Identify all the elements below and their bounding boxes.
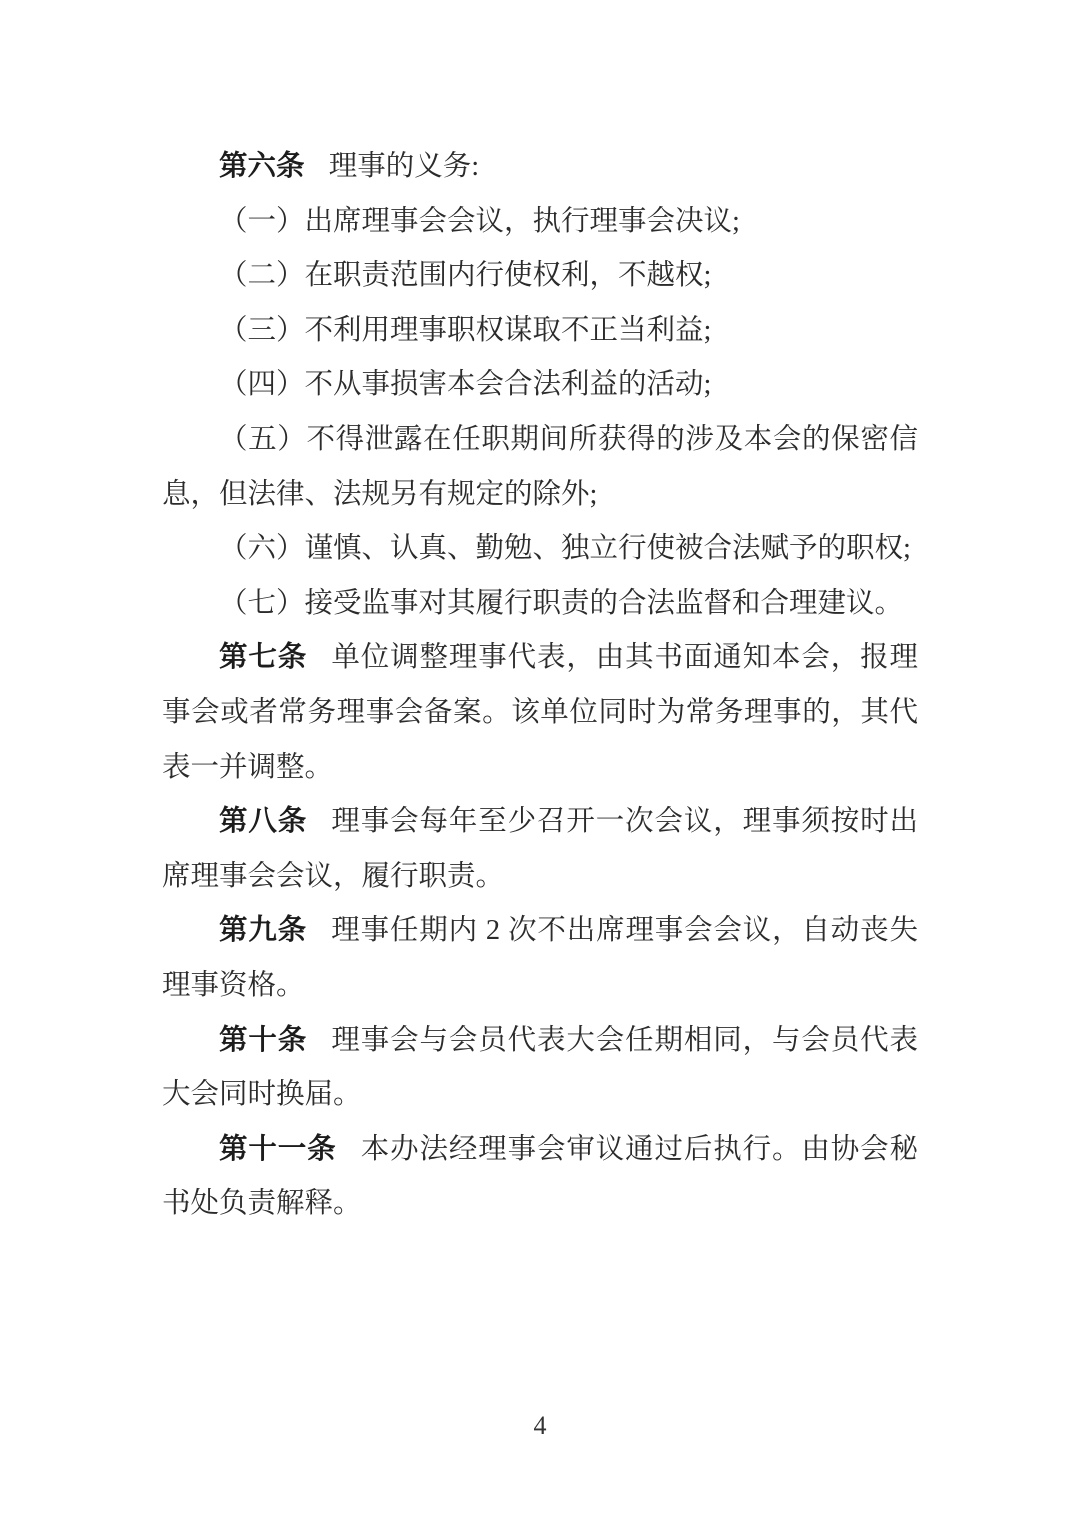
- line-text: 理事会每年至少召开一次会议，理事须按时出: [331, 806, 918, 837]
- text-line: 第十一条本办法经理事会审议通过后执行。由协会秘: [162, 1123, 918, 1178]
- text-line: （六）谨慎、认真、勤勉、独立行使被合法赋予的职权;: [162, 522, 918, 577]
- line-text: （五）不得泄露在任职期间所获得的涉及本会的保密信: [219, 424, 918, 455]
- document-page: 第六条理事的义务: （一）出席理事会会议，执行理事会决议; （二）在职责范围内行…: [0, 0, 1080, 1527]
- line-text: 理事会与会员代表大会任期相同，与会员代表: [331, 1025, 918, 1056]
- line-text: （四）不从事损害本会合法利益的活动;: [219, 369, 711, 400]
- line-text: 席理事会会议，履行职责。: [162, 861, 504, 892]
- line-text: 单位调整理事代表，由其书面通知本会，报理: [331, 642, 918, 673]
- text-line: 第十条理事会与会员代表大会任期相同，与会员代表: [162, 1014, 918, 1069]
- line-text: （三）不利用理事职权谋取不正当利益;: [219, 315, 711, 346]
- text-line: 大会同时换届。: [162, 1068, 918, 1123]
- text-line: （五）不得泄露在任职期间所获得的涉及本会的保密信: [162, 413, 918, 468]
- line-text: 表一并调整。: [162, 752, 333, 783]
- line-text: 理事资格。: [162, 970, 305, 1001]
- article-number: 第八条: [219, 806, 307, 837]
- article-number: 第九条: [219, 915, 307, 946]
- text-line: （一）出席理事会会议，执行理事会决议;: [162, 195, 918, 250]
- line-text: 事会或者常务理事会备案。该单位同时为常务理事的，其代: [162, 697, 918, 728]
- text-line: 第九条理事任期内 2 次不出席理事会会议，自动丧失: [162, 904, 918, 959]
- line-text: （六）谨慎、认真、勤勉、独立行使被合法赋予的职权;: [219, 533, 911, 564]
- article-number: 第六条: [219, 151, 305, 182]
- article-number: 第十一条: [219, 1134, 337, 1165]
- article-number: 第七条: [219, 642, 307, 673]
- text-line: 第八条理事会每年至少召开一次会议，理事须按时出: [162, 795, 918, 850]
- line-text: 理事任期内 2 次不出席理事会会议，自动丧失: [331, 915, 918, 946]
- line-text: （一）出席理事会会议，执行理事会决议;: [219, 206, 740, 237]
- article-number: 第十条: [219, 1025, 307, 1056]
- text-line: （三）不利用理事职权谋取不正当利益;: [162, 304, 918, 359]
- line-text: （七）接受监事对其履行职责的合法监督和合理建议。: [219, 588, 903, 619]
- text-line: 事会或者常务理事会备案。该单位同时为常务理事的，其代: [162, 686, 918, 741]
- line-text: 本办法经理事会审议通过后执行。由协会秘: [361, 1134, 918, 1165]
- document-body: 第六条理事的义务: （一）出席理事会会议，执行理事会决议; （二）在职责范围内行…: [162, 140, 918, 1232]
- text-line: （四）不从事损害本会合法利益的活动;: [162, 358, 918, 413]
- text-line: 席理事会会议，履行职责。: [162, 850, 918, 905]
- text-line: （七）接受监事对其履行职责的合法监督和合理建议。: [162, 577, 918, 632]
- text-line: 第六条理事的义务:: [162, 140, 918, 195]
- line-text: 息，但法律、法规另有规定的除外;: [162, 479, 597, 510]
- line-text: （二）在职责范围内行使权利，不越权;: [219, 260, 711, 291]
- text-line: 表一并调整。: [162, 741, 918, 796]
- text-line: （二）在职责范围内行使权利，不越权;: [162, 249, 918, 304]
- text-line: 第七条单位调整理事代表，由其书面通知本会，报理: [162, 631, 918, 686]
- line-text: 书处负责解释。: [162, 1188, 362, 1219]
- text-line: 理事资格。: [162, 959, 918, 1014]
- text-line: 息，但法律、法规另有规定的除外;: [162, 468, 918, 523]
- line-text: 大会同时换届。: [162, 1079, 362, 1110]
- text-line: 书处负责解释。: [162, 1177, 918, 1232]
- page-number: 4: [0, 1412, 1080, 1440]
- line-text: 理事的义务:: [329, 151, 479, 182]
